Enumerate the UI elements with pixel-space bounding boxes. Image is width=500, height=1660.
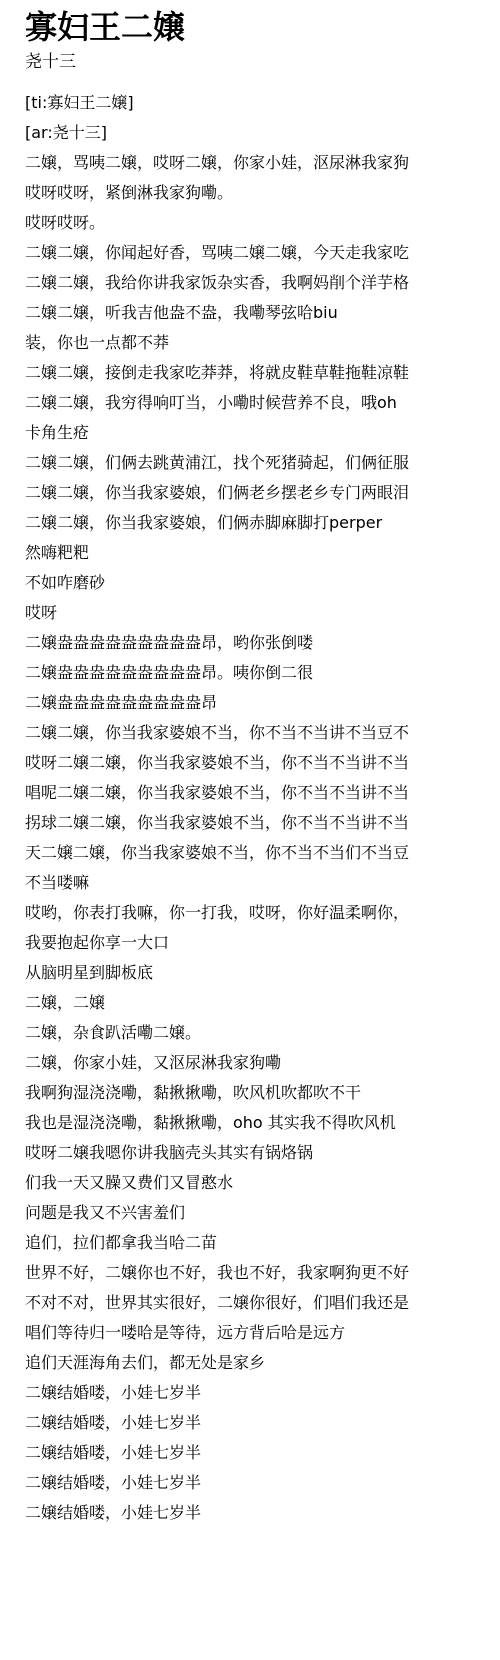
lyric-line: [ar:尧十三]	[25, 118, 500, 148]
lyric-line: 二嬢二嬢，你当我家婆娘，们俩赤脚麻脚打perper	[25, 508, 500, 538]
lyric-line: 哎呀哎呀，紧倒淋我家狗嘞。	[25, 178, 500, 208]
lyric-line: [ti:寡妇王二嬢]	[25, 88, 500, 118]
lyric-line: 们我一天又臊又费们又冒憨水	[25, 1168, 500, 1198]
lyric-line: 唱呢二嬢二嬢，你当我家婆娘不当，你不当不当讲不当	[25, 778, 500, 808]
lyric-line: 二嬢结婚喽，小娃七岁半	[25, 1378, 500, 1408]
lyrics-body: [ti:寡妇王二嬢][ar:尧十三]二嬢，骂咦二嬢，哎呀二嬢，你家小娃，沤尿淋我…	[25, 88, 500, 1528]
lyric-line: 不如咋磨砂	[25, 568, 500, 598]
song-title: 寡妇王二嬢	[25, 8, 500, 46]
lyric-line: 二嬢二嬢，我给你讲我家饭杂实香，我啊妈削个洋芋格	[25, 268, 500, 298]
lyric-line: 不当喽嘛	[25, 868, 500, 898]
lyric-line: 卡角生疮	[25, 418, 500, 448]
lyric-line: 二嬢，二嬢	[25, 988, 500, 1018]
lyric-line: 二嬢盎盎盎盎盎盎盎盎盎昂	[25, 688, 500, 718]
lyric-line: 二嬢结婚喽，小娃七岁半	[25, 1408, 500, 1438]
lyric-line: 哎呀	[25, 598, 500, 628]
lyric-line: 追们天涯海角去们，都无处是家乡	[25, 1348, 500, 1378]
lyric-line: 二嬢二嬢，你闻起好香，骂咦二嬢二嬢，今天走我家吃	[25, 238, 500, 268]
lyric-line: 唱们等待归一喽哈是等待，远方背后哈是远方	[25, 1318, 500, 1348]
lyric-line: 天二嬢二嬢，你当我家婆娘不当，你不当不当们不当豆	[25, 838, 500, 868]
lyric-line: 二嬢二嬢，们俩去跳黄浦江，找个死猪骑起，们俩征服	[25, 448, 500, 478]
lyric-line: 二嬢二嬢，你当我家婆娘，们俩老乡摆老乡专门两眼泪	[25, 478, 500, 508]
lyric-line: 世界不好，二嬢你也不好，我也不好，我家啊狗更不好	[25, 1258, 500, 1288]
lyric-line: 二嬢二嬢，接倒走我家吃莽莽，将就皮鞋草鞋拖鞋凉鞋	[25, 358, 500, 388]
lyric-line: 不对不对，世界其实很好，二嬢你很好，们唱们我还是	[25, 1288, 500, 1318]
lyric-line: 二嬢盎盎盎盎盎盎盎盎盎昂。咦你倒二很	[25, 658, 500, 688]
lyric-line: 拐球二嬢二嬢，你当我家婆娘不当，你不当不当讲不当	[25, 808, 500, 838]
lyric-line: 二嬢结婚喽，小娃七岁半	[25, 1468, 500, 1498]
lyric-line: 二嬢，骂咦二嬢，哎呀二嬢，你家小娃，沤尿淋我家狗	[25, 148, 500, 178]
lyric-line: 二嬢结婚喽，小娃七岁半	[25, 1438, 500, 1468]
lyric-line: 问题是我又不兴害羞们	[25, 1198, 500, 1228]
lyric-line: 二嬢二嬢，听我吉他盎不盎，我嘞琴弦哈biu	[25, 298, 500, 328]
lyric-line: 我也是湿浇浇嘞，黏揪揪嘞，oho 其实我不得吹风机	[25, 1108, 500, 1138]
lyric-line: 从脑明星到脚板底	[25, 958, 500, 988]
lyric-line: 二嬢结婚喽，小娃七岁半	[25, 1498, 500, 1528]
lyric-line: 我啊狗湿浇浇嘞，黏揪揪嘞，吹风机吹都吹不干	[25, 1078, 500, 1108]
lyric-line: 二嬢，你家小娃，又沤尿淋我家狗嘞	[25, 1048, 500, 1078]
lyric-line: 我要抱起你享一大口	[25, 928, 500, 958]
artist-name: 尧十三	[25, 51, 500, 73]
lyric-line: 哎呀哎呀。	[25, 208, 500, 238]
lyric-line: 然嗨粑粑	[25, 538, 500, 568]
lyric-line: 哎呀二嬢我嗯你讲我脑壳头其实有锅烙锅	[25, 1138, 500, 1168]
lyric-line: 哎哟，你表打我嘛，你一打我，哎呀，你好温柔啊你，	[25, 898, 500, 928]
lyrics-page: 寡妇王二嬢 尧十三 [ti:寡妇王二嬢][ar:尧十三]二嬢，骂咦二嬢，哎呀二嬢…	[0, 0, 500, 1528]
lyric-line: 二嬢二嬢，我穷得响叮当，小嘞时候营养不良，哦oh	[25, 388, 500, 418]
lyric-line: 二嬢盎盎盎盎盎盎盎盎盎昂，哟你张倒喽	[25, 628, 500, 658]
lyric-line: 哎呀二嬢二嬢，你当我家婆娘不当，你不当不当讲不当	[25, 748, 500, 778]
lyric-line: 追们，拉们都拿我当哈二苗	[25, 1228, 500, 1258]
lyric-line: 装，你也一点都不莽	[25, 328, 500, 358]
lyric-line: 二嬢，杂食趴活嘞二嬢。	[25, 1018, 500, 1048]
lyric-line: 二嬢二嬢，你当我家婆娘不当，你不当不当讲不当豆不	[25, 718, 500, 748]
